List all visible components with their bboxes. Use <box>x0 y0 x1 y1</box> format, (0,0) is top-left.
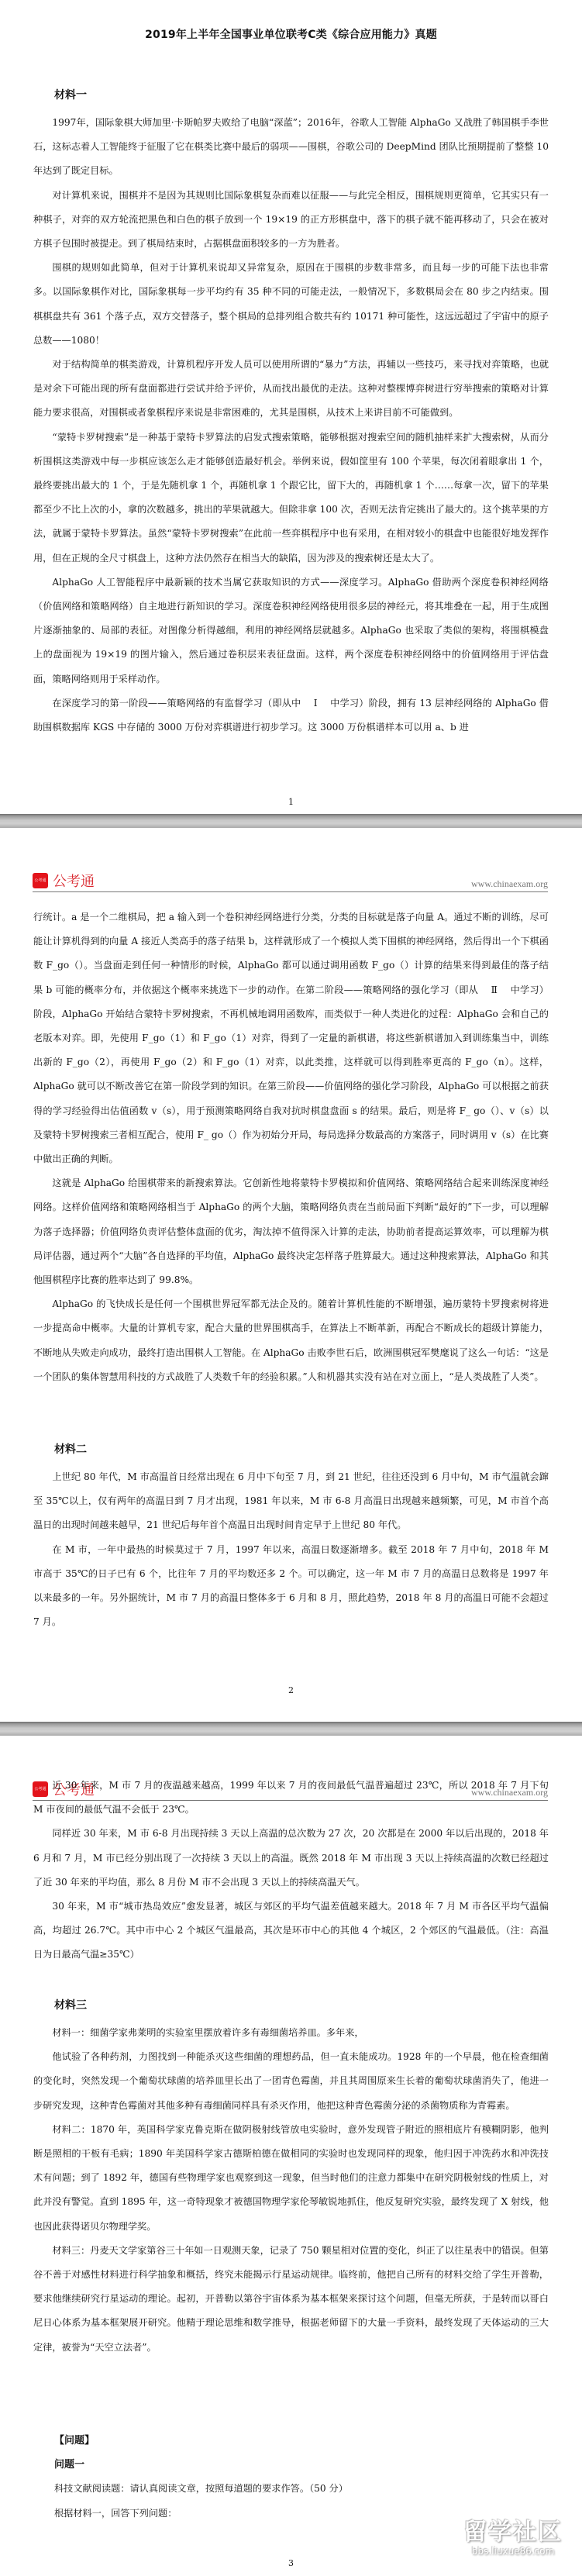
logo-text: 公考通 <box>53 871 95 891</box>
page-3: 公考通 公考通 www.chinaexam.org 近 30 年来，M 市 7 … <box>0 1736 582 2576</box>
material-1-body-page-1: 1997年，国际象棋大师加里·卡斯帕罗夫败给了电脑“深蓝”；2016年，谷歌人工… <box>33 111 549 740</box>
paragraph: 材料二：1870 年，英国科学家克鲁克斯在做阴极射线管放电实验时，意外发现管子附… <box>33 2118 549 2239</box>
material-2-body-page-3: 近 30 年来，M 市 7 月的夜温越来越高，1999 年以来 7 月的夜间最低… <box>33 1774 549 1967</box>
paragraph: “蒙特卡罗树搜索”是一种基于蒙特卡罗算法的启发式搜索策略，能够根据对搜索空间的随… <box>33 426 549 571</box>
question-1-heading: 问题一 <box>54 2456 84 2471</box>
paragraph: 对计算机来说，围棋并不是因为其规则比国际象棋复杂而难以征服——与此完全相反，围棋… <box>33 184 549 257</box>
paragraph: 材料三：丹麦天文学家第谷三十年如一日观测天象，记录了 750 颗星相对位置的变化… <box>33 2239 549 2360</box>
questions-heading: 【问题】 <box>54 2432 95 2447</box>
material-1-heading: 材料一 <box>54 87 87 102</box>
paragraph: 对于结构简单的棋类游戏，计算机程序开发人员可以使用所谓的“暴力”方法，再辅以一些… <box>33 353 549 426</box>
page-number: 3 <box>0 2558 582 2568</box>
paragraph: 材料一：细菌学家弗莱明的实验室里摆放着许多有毒细菌培养皿。多年来， <box>33 2021 549 2045</box>
material-3-body: 材料一：细菌学家弗莱明的实验室里摆放着许多有毒细菌培养皿。多年来， 他试验了各种… <box>33 2021 549 2360</box>
page-header: 公考通 公考通 www.chinaexam.org <box>33 864 548 892</box>
logo-icon: 公考通 <box>33 873 48 888</box>
page-2: 公考通 公考通 www.chinaexam.org 行统计。a 是一个二维棋局，… <box>0 828 582 1722</box>
page-number: 2 <box>0 1685 582 1695</box>
material-3-heading: 材料三 <box>54 1997 87 2012</box>
paragraph: AlphaGo 人工智能程序中最新颖的技术当属它获取知识的方式——深度学习。Al… <box>33 571 549 691</box>
page-separator <box>0 814 582 828</box>
watermark-url: bbs.liuxue86.com <box>455 2546 571 2557</box>
page-separator <box>0 1722 582 1736</box>
material-2-heading: 材料二 <box>54 1441 87 1457</box>
watermark: 留学社区 bbs.liuxue86.com <box>455 2519 571 2557</box>
paragraph: 这就是 AlphaGo 给围棋带来的新搜索算法。它创新性地将蒙特卡罗模拟和价值网… <box>33 1171 549 1292</box>
material-2-body-page-2: 上世纪 80 年代，M 市高温首日经常出现在 6 月中下旬至 7 月，到 21 … <box>33 1465 549 1634</box>
paragraph: AlphaGo 的飞快成长是任何一个围棋世界冠军都无法企及的。随着计算机性能的不… <box>33 1292 549 1389</box>
page-1: 2019年上半年全国事业单位联考C类《综合应用能力》真题 材料一 1997年，国… <box>0 0 582 814</box>
paragraph: 1997年，国际象棋大师加里·卡斯帕罗夫败给了电脑“深蓝”；2016年，谷歌人工… <box>33 111 549 184</box>
paragraph: 上世纪 80 年代，M 市高温首日经常出现在 6 月中下旬至 7 月，到 21 … <box>33 1465 549 1538</box>
paragraph: 围棋的规则如此简单，但对于计算机来说却又异常复杂，原因在于围棋的步数非常多，而且… <box>33 256 549 353</box>
header-url: www.chinaexam.org <box>471 878 548 890</box>
paragraph: 行统计。a 是一个二维棋局，把 a 输入到一个卷积神经网络进行分类，分类的目标就… <box>33 905 549 1171</box>
paragraph: 在深度学习的第一阶段——策略网络的有监督学习（即从中 Ⅰ 中学习）阶段，拥有 1… <box>33 691 549 740</box>
page-number: 1 <box>0 797 582 807</box>
paragraph: 30 年来，M 市“城市热岛效应”愈发显著，城区与郊区的平均气温差值越来越大。2… <box>33 1895 549 1967</box>
paragraph: 同样近 30 年来，M 市 6-8 月出现持续 3 天以上高温的总次数为 27 … <box>33 1822 549 1895</box>
question-1-subprompt: 根据材料一，回答下列问题： <box>54 2506 177 2519</box>
paragraph: 他试验了各种药剂，力图找到一种能杀灭这些细菌的理想药品，但一直未能成功。1928… <box>33 2045 549 2118</box>
question-1-instruction: 科技文献阅读题：请认真阅读文章，按照每道题的要求作答。（50 分） <box>54 2481 348 2495</box>
paragraph: 近 30 年来，M 市 7 月的夜温越来越高，1999 年以来 7 月的夜间最低… <box>33 1774 549 1822</box>
document-title: 2019年上半年全国事业单位联考C类《综合应用能力》真题 <box>0 26 582 42</box>
paragraph: 在 M 市，一年中最热的时候莫过于 7 月，1997 年以来，高温日数逐渐增多。… <box>33 1538 549 1635</box>
watermark-logo: 留学社区 <box>455 2519 571 2546</box>
material-1-body-page-2: 行统计。a 是一个二维棋局，把 a 输入到一个卷积神经网络进行分类，分类的目标就… <box>33 905 549 1389</box>
